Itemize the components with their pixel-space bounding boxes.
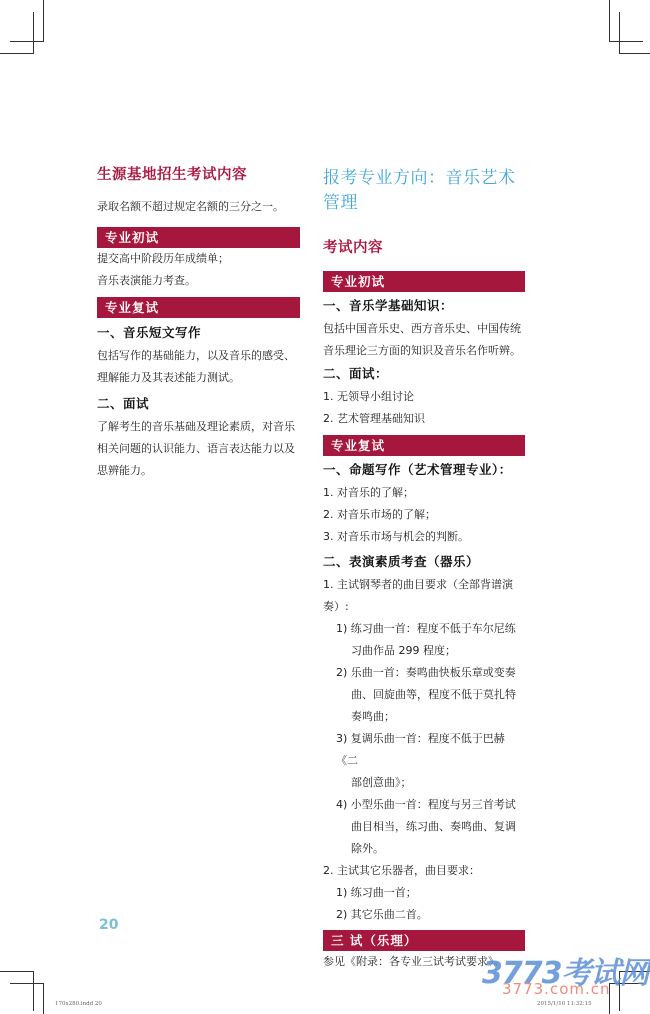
paragraph-line: 音乐表演能力考查。: [97, 270, 300, 292]
section-bar-retest: 专业复试: [323, 435, 525, 456]
list-item: 3. 对音乐市场与机会的判断。: [323, 526, 525, 548]
print-slug-timestamp: 2015/1/10 11:32:15: [537, 1001, 592, 1007]
paragraph-line: 理解能力及其表述能力测试。: [97, 367, 300, 389]
list-item-cont: 曲目相当，练习曲、奏鸣曲、复调: [323, 816, 525, 838]
paragraph-line: 包括写作的基础能力，以及音乐的感受、: [97, 345, 300, 367]
print-slug-file: 170x280.indd 20: [55, 1001, 102, 1007]
paragraph-line: 提交高中阶段历年成绩单；: [97, 248, 300, 270]
list-item: 2) 其它乐曲二首。: [323, 904, 525, 926]
page-number: 20: [99, 917, 118, 933]
crop-mark: [33, 971, 34, 1011]
list-item-cont: 习曲作品 299 程度；: [323, 640, 525, 662]
section-bar-retest: 专业复试: [97, 297, 300, 318]
subheading: 一、音乐短文写作: [97, 321, 300, 345]
subheading: 二、面试: [97, 392, 300, 416]
watermark-url: 3773.com.cn: [502, 980, 611, 998]
exam-title: 考试内容: [323, 236, 525, 257]
subheading: 二、表演素质考查（器乐）: [323, 550, 525, 574]
right-column: 报考专业方向：音乐艺术管理 考试内容 专业初试 一、音乐学基础知识： 包括中国音…: [323, 163, 525, 973]
crop-mark: [10, 983, 44, 984]
crop-mark: [609, 0, 610, 42]
list-item-cont: 除外。: [323, 838, 525, 860]
paragraph-line: 包括中国音乐史、西方音乐史、中国传统: [323, 318, 525, 340]
list-item-cont: 部创意曲》；: [323, 772, 525, 794]
list-item: 4) 小型乐曲一首：程度与另三首考试: [323, 794, 525, 816]
list-item: 1. 对音乐的了解；: [323, 482, 525, 504]
list-item: 3) 复调乐曲一首：程度不低于巴赫《二: [323, 728, 525, 772]
subheading: 一、音乐学基础知识：: [323, 294, 525, 318]
intro-text: 录取名额不超过规定名额的三分之一。: [97, 196, 300, 218]
list-item: 1. 主试钢琴者的曲目要求（全部背谱演奏）:: [323, 574, 525, 618]
subheading: 一、命题写作（艺术管理专业）：: [323, 458, 525, 482]
left-column: 生源基地招生考试内容 录取名额不超过规定名额的三分之一。 专业初试 提交高中阶段…: [97, 163, 300, 482]
paragraph-line: 相关问题的认识能力、语言表达能力以及: [97, 438, 300, 460]
section-bar-prelim: 专业初试: [97, 227, 300, 248]
list-item: 1) 练习曲一首；: [323, 882, 525, 904]
section-title: 生源基地招生考试内容: [97, 163, 300, 184]
major-title: 报考专业方向：音乐艺术管理: [323, 163, 525, 213]
subheading: 二、面试：: [323, 362, 525, 386]
list-item: 1) 练习曲一首：程度不低于车尔尼练: [323, 618, 525, 640]
list-item: 2. 艺术管理基础知识: [323, 408, 525, 430]
paragraph-line: 了解考生的音乐基础及理论素质，对音乐: [97, 416, 300, 438]
crop-mark: [0, 971, 33, 972]
list-item: 2) 乐曲一首：奏鸣曲快板乐章或变奏: [323, 662, 525, 684]
paragraph-line: 思辨能力。: [97, 460, 300, 482]
crop-mark: [43, 0, 44, 42]
crop-mark: [619, 12, 620, 54]
crop-mark: [619, 53, 650, 54]
list-item: 1. 无领导小组讨论: [323, 386, 525, 408]
crop-mark: [33, 12, 34, 54]
section-bar-prelim: 专业初试: [323, 271, 525, 292]
paragraph-line: 音乐理论三方面的知识及音乐名作听辨。: [323, 340, 525, 362]
crop-mark: [609, 41, 643, 42]
list-item: 2. 主试其它乐器者，曲目要求：: [323, 860, 525, 882]
crop-mark: [43, 983, 44, 1014]
list-item-cont: 曲、回旋曲等，程度不低于莫扎特: [323, 684, 525, 706]
list-item: 2. 对音乐市场的了解；: [323, 504, 525, 526]
crop-mark: [10, 41, 44, 42]
list-item-cont: 奏鸣曲；: [323, 706, 525, 728]
crop-mark: [0, 53, 33, 54]
